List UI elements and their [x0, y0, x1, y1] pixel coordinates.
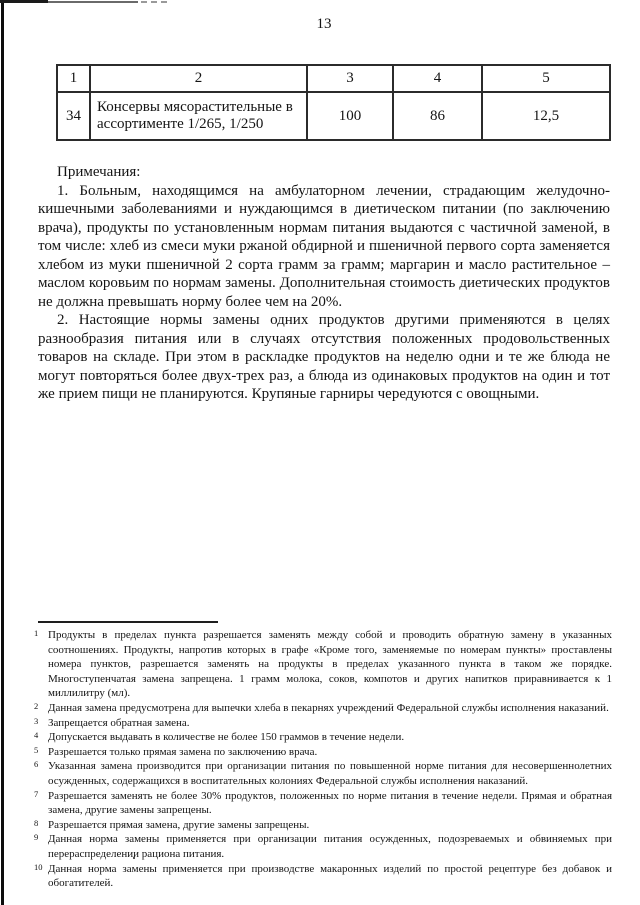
footnote-6-marker: 6 [34, 757, 38, 772]
footnote-1: 1Продукты в пределах пункта разрешается … [34, 628, 612, 701]
footnote-5-text: Разрешается только прямая замена по закл… [48, 746, 317, 758]
row-number-cell: 34 [57, 92, 90, 140]
scan-edge-top-line-dashed [141, 1, 169, 3]
footnotes-section: 1Продукты в пределах пункта разрешается … [34, 628, 612, 891]
scan-edge-top-line-dark [0, 0, 48, 3]
norms-table: 1 2 3 4 5 34 Консервы мясорастительные в… [56, 64, 611, 141]
table-row: 34 Консервы мясорастительные в ассортиме… [57, 92, 610, 140]
footnote-6: 6Указанная замена производится при орган… [34, 759, 612, 788]
footnote-1-marker: 1 [34, 626, 38, 641]
footnote-4-text: Допускается выдавать в количестве не бол… [48, 731, 404, 743]
footnote-7-text: Разрешается заменять не более 30% продук… [48, 790, 612, 817]
footnote-8-text: Разрешается прямая замена, другие замены… [48, 819, 309, 831]
page-number: 13 [38, 16, 610, 33]
footnote-4-marker: 4 [34, 728, 38, 743]
value-cell-3: 100 [307, 92, 393, 140]
scan-edge-left-line [1, 0, 4, 905]
note-paragraph-2: 2. Настоящие нормы замены одних продукто… [38, 311, 610, 404]
product-name-cell: Консервы мясорастительные в ассортименте… [90, 92, 307, 140]
column-header-3: 3 [307, 65, 393, 92]
footnote-5: 5Разрешается только прямая замена по зак… [34, 745, 612, 760]
footnote-3-marker: 3 [34, 714, 38, 729]
value-cell-4: 86 [393, 92, 482, 140]
footnote-7-marker: 7 [34, 787, 38, 802]
column-header-4: 4 [393, 65, 482, 92]
column-header-5: 5 [482, 65, 610, 92]
footnote-8: 8Разрешается прямая замена, другие замен… [34, 818, 612, 833]
value-cell-5: 12,5 [482, 92, 610, 140]
column-header-2: 2 [90, 65, 307, 92]
footnote-6-text: Указанная замена производится при органи… [48, 760, 612, 787]
footnote-2: 2Данная замена предусмотрена для выпечки… [34, 701, 612, 716]
footnote-3-text: Запрещается обратная замена. [48, 717, 190, 729]
note-paragraph-1: 1. Больным, находящимся на амбулаторном … [38, 182, 610, 312]
column-header-1: 1 [57, 65, 90, 92]
footnote-9-text: Данная норма замены применяется при орга… [48, 833, 612, 860]
footnote-5-marker: 5 [34, 743, 38, 758]
footnote-10-marker: 10 [34, 860, 43, 875]
notes-section: Примечания: 1. Больным, находящимся на а… [38, 163, 610, 404]
footnote-2-marker: 2 [34, 699, 38, 714]
footnote-9: 9Данная норма замены применяется при орг… [34, 832, 612, 861]
footnote-1-text: Продукты в пределах пункта разрешается з… [48, 629, 612, 699]
footnote-8-marker: 8 [34, 816, 38, 831]
footnote-7: 7Разрешается заменять не более 30% проду… [34, 789, 612, 818]
footnote-10: 10Данная норма замены применяется при пр… [34, 862, 612, 891]
footnote-3: 3Запрещается обратная замена. [34, 716, 612, 731]
document-page: 13 1 2 3 4 5 34 Консервы мясорастительны… [0, 0, 640, 905]
footnote-10-text: Данная норма замены применяется при прои… [48, 863, 612, 890]
scan-edge-top-line-gray [48, 1, 138, 3]
footnote-2-text: Данная замена предусмотрена для выпечки … [48, 702, 609, 714]
footnote-divider [38, 621, 218, 623]
footnote-9-marker: 9 [34, 830, 38, 845]
footnote-4: 4Допускается выдавать в количестве не бо… [34, 730, 612, 745]
table-header-row: 1 2 3 4 5 [57, 65, 610, 92]
notes-title: Примечания: [38, 163, 610, 182]
